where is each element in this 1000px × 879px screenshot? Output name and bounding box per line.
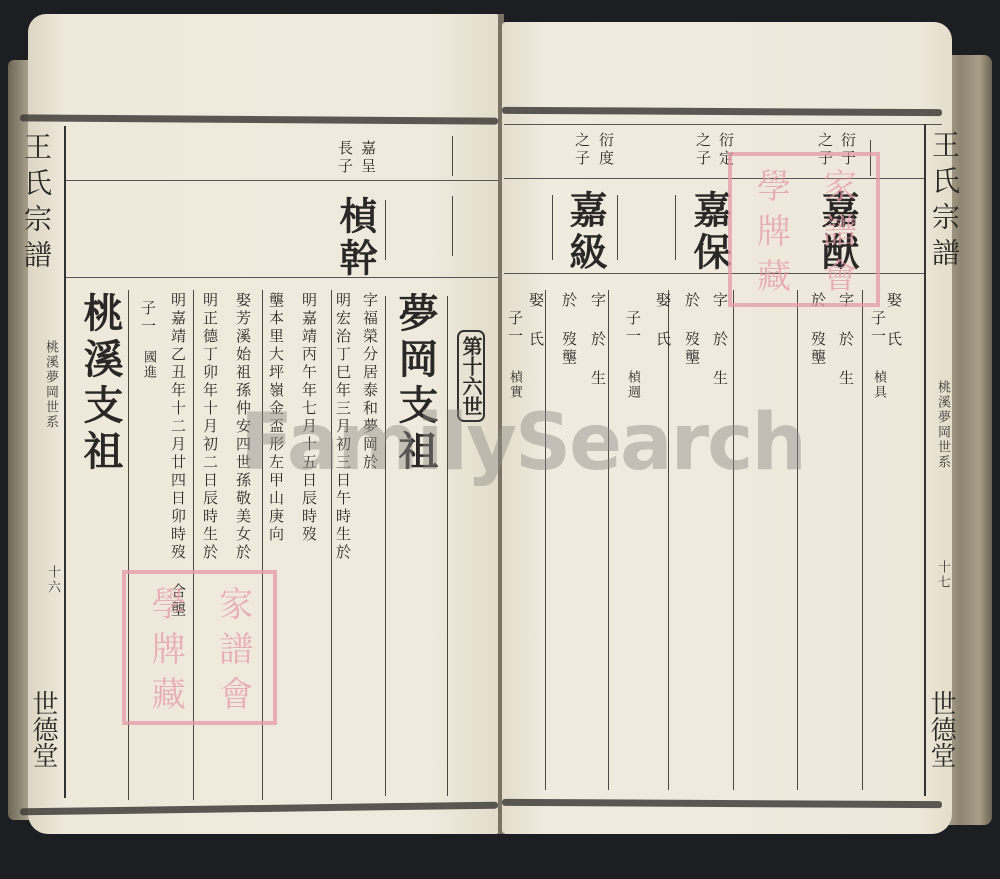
death-line: 於 歿壟: [561, 292, 576, 367]
son-label: 子一: [625, 310, 640, 346]
collection-seal-right: 家 譜 會 學 牌 藏: [728, 152, 880, 307]
column-line: [733, 290, 734, 790]
person-name: 楨幹: [336, 196, 374, 280]
column-line: [545, 290, 546, 790]
familysearch-watermark: FamilySearch: [240, 398, 805, 488]
seal-char: 家: [813, 168, 862, 202]
right-section-label: 桃溪夢岡世系: [936, 380, 949, 470]
column-line: [608, 290, 609, 790]
right-top-inner-rule: [504, 124, 942, 125]
son-label: 子一: [507, 310, 522, 346]
seal-char: 會: [813, 258, 862, 292]
relation-label: 之子: [574, 132, 589, 168]
left-header-rule: [66, 180, 498, 181]
left-section-label: 桃溪夢岡世系: [44, 340, 57, 430]
father-note: 衍度: [598, 132, 613, 168]
seal-char: 學: [141, 586, 190, 620]
son-name: 楨具: [872, 370, 885, 400]
left-name-rule: [66, 277, 498, 278]
style-line: 字 於 生: [712, 292, 727, 388]
column-line: [452, 196, 453, 256]
bio-line-6: 明正德丁卯年十月初二日辰時生於: [202, 292, 217, 562]
column-line: [617, 195, 618, 260]
father-note: 嘉呈: [360, 140, 375, 176]
seal-char: 會: [209, 676, 258, 710]
son-name: 楨實: [508, 370, 521, 400]
wife-line: 娶 氏: [886, 292, 901, 349]
column-line: [675, 195, 676, 260]
person-name: 嘉保: [690, 190, 728, 274]
son-label: 子一: [140, 300, 155, 336]
left-page-number: 十六: [46, 565, 59, 595]
right-book-title: 王氏宗譜: [930, 130, 958, 274]
column-line: [452, 136, 453, 176]
seal-char: 牌: [141, 631, 190, 665]
seal-char: 藏: [747, 258, 796, 292]
seal-char: 藏: [141, 676, 190, 710]
seal-char: 牌: [747, 213, 796, 247]
left-hall-name: 世德堂: [30, 690, 56, 768]
left-margin-line: [64, 126, 66, 798]
column-line: [447, 296, 448, 796]
son-label: 子一: [870, 310, 885, 346]
column-line: [385, 200, 386, 260]
wife-line: 娶 氏: [528, 292, 543, 349]
seal-char: 譜: [813, 213, 862, 247]
relation-label: 之子: [695, 132, 710, 168]
right-page-number: 十七: [936, 560, 949, 590]
left-book-title: 王氏宗譜: [22, 132, 50, 276]
relation-label: 長子: [337, 140, 352, 176]
seal-char: 譜: [209, 631, 258, 665]
right-hall-name: 世德堂: [928, 690, 954, 768]
collection-seal-left: 家 譜 會 學 牌 藏: [122, 570, 277, 725]
column-line: [862, 290, 863, 790]
column-line: [668, 290, 669, 790]
son-name: 楨週: [626, 370, 639, 400]
death-line: 於 歿壟: [684, 292, 699, 367]
son-name: 國進: [142, 350, 155, 380]
column-line: [797, 290, 798, 790]
person-name: 嘉級: [566, 190, 604, 274]
seal-char: 家: [209, 586, 258, 620]
style-line: 字 於 生: [590, 292, 605, 388]
wife-line: 娶 氏: [655, 292, 670, 349]
column-line: [331, 290, 332, 800]
branch-title-taoxi: 桃溪支祖: [80, 292, 120, 476]
style-line: 字 於 生: [838, 292, 853, 462]
seal-char: 學: [747, 168, 796, 202]
column-line: [552, 195, 553, 260]
column-line: [385, 296, 386, 796]
